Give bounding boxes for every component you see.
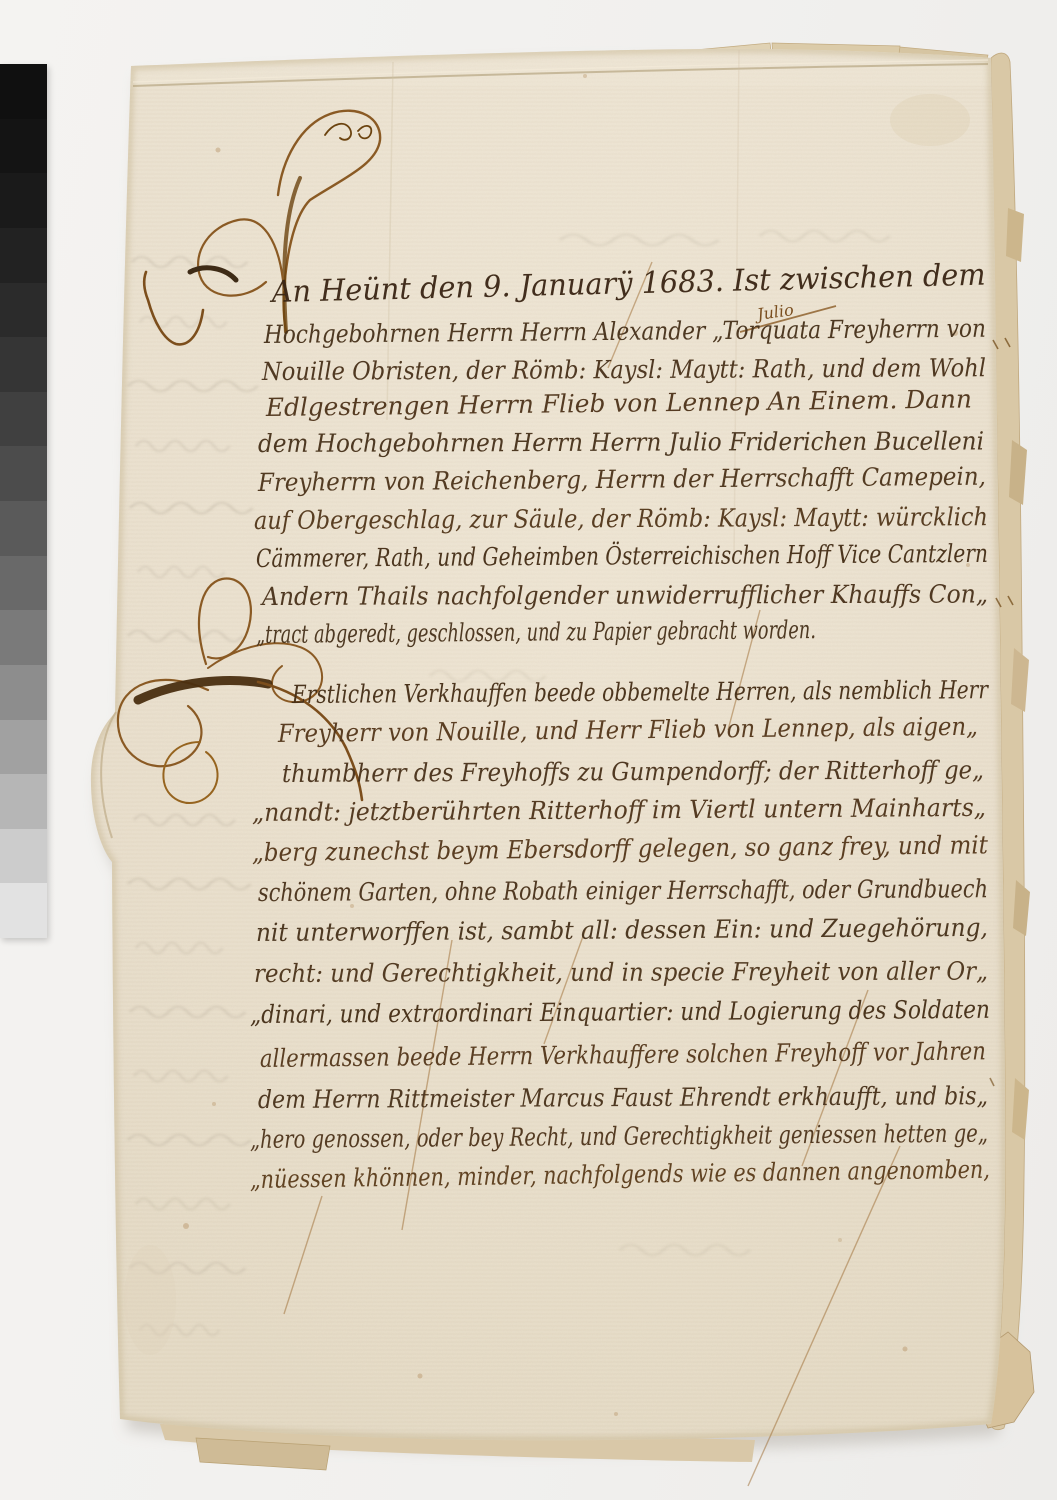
torn-fragment xyxy=(1009,440,1027,505)
torn-fragment xyxy=(1013,880,1030,936)
text-line: schönem Garten, ohne Robath einiger Herr… xyxy=(258,874,988,907)
text-line: thumbherr des Freyhoffs zu Gumpendorff; … xyxy=(282,755,984,788)
text-line: Nouille Obristen, der Römb: Kaysl: Maytt… xyxy=(261,353,986,386)
text-line: Cämmerer, Rath, und Geheimben Österreich… xyxy=(256,539,988,573)
torn-fragment xyxy=(1006,208,1024,262)
torn-fragment xyxy=(1012,1078,1029,1140)
text-line: Erstlichen Verkhauffen beede obbemelte H… xyxy=(291,675,990,709)
torn-fragment xyxy=(1011,648,1029,712)
text-line: Andern Thails nachfolgender unwiderruffl… xyxy=(260,579,988,611)
text-line: „nandt: jetztberührten Ritterhoff im Vie… xyxy=(252,793,986,827)
text-line: „tract abgeredt, geschlossen, und zu Pap… xyxy=(256,615,816,649)
text-line: „dinari, und extraordinari Einquartier: … xyxy=(250,995,990,1029)
manuscript-text: An Heünt den 9. Januarÿ 1683. Ist zwisch… xyxy=(250,258,990,1194)
text-line: nit unterworffen ist, sambt all: dessen … xyxy=(256,913,988,947)
text-line: dem Herrn Rittmeister Marcus Faust Ehren… xyxy=(258,1081,988,1114)
document-photo: An Heünt den 9. Januarÿ 1683. Ist zwisch… xyxy=(0,0,1057,1500)
manuscript-svg: An Heünt den 9. Januarÿ 1683. Ist zwisch… xyxy=(0,0,1057,1500)
text-line: recht: und Gerechtigkheit, und in specie… xyxy=(254,956,988,988)
text-line: dem Hochgebohrnen Herrn Herrn Julio Frid… xyxy=(258,426,984,458)
text-line: auf Obergeschlag, zur Säule, der Römb: K… xyxy=(254,502,988,535)
